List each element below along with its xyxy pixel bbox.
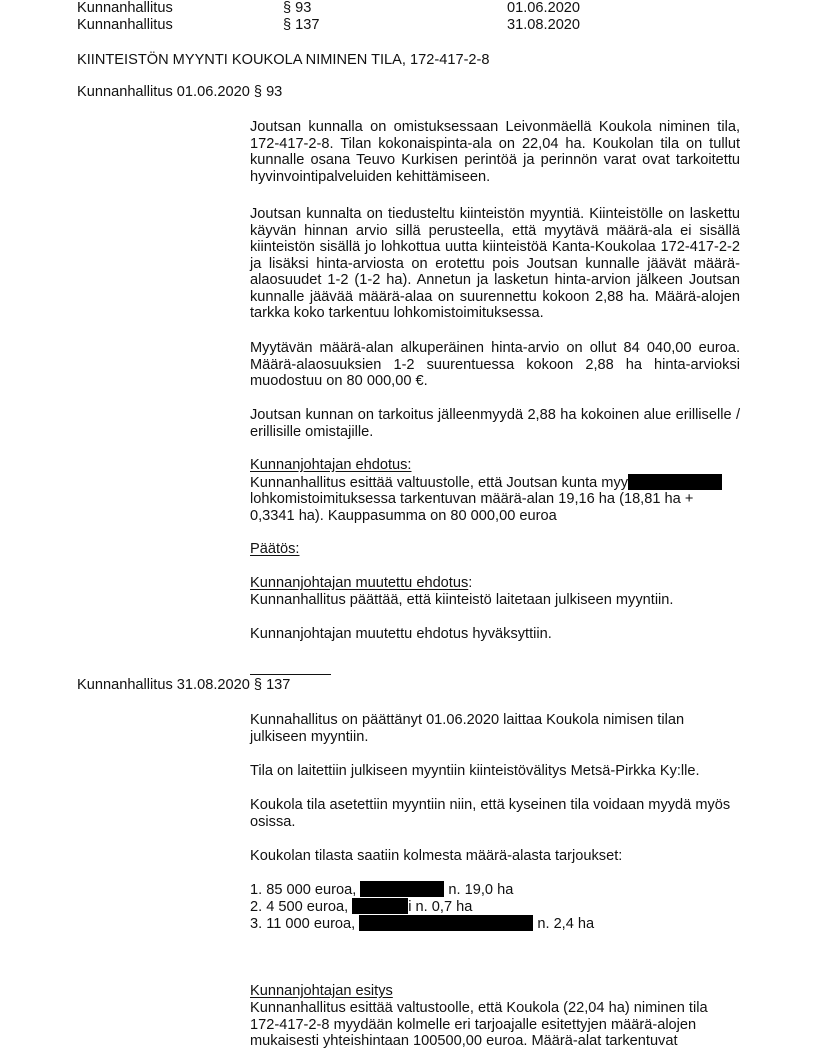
offer-price: 2. 4 500 euroa, — [250, 899, 348, 915]
offer-item-1: 1. 85 000 euroa, n. 19,0 ha — [250, 881, 513, 899]
meeting2-paragraph-1: Kunnahallitus on päättänyt 01.06.2020 la… — [250, 712, 720, 745]
meeting1-paragraph-2: Joutsan kunnalta on tiedusteltu kiinteis… — [250, 206, 740, 322]
header-row-section-1: § 93 — [283, 0, 311, 17]
offer-area: n. 19,0 ha — [448, 882, 513, 898]
meeting1-proposal-line1: Kunnanhallitus esittää valtuustolle, ett… — [250, 475, 628, 491]
header-row-body-1: Kunnanhallitus — [77, 0, 173, 17]
redaction-box — [352, 898, 408, 914]
amended-proposal-heading-row: Kunnanjohtajan muutettu ehdotus: — [250, 575, 472, 592]
meeting1-proposal-rest: lohkomistoimituksessa tarkentuvan määrä-… — [250, 491, 710, 524]
meeting1-heading: Kunnanhallitus 01.06.2020 § 93 — [77, 84, 282, 101]
redaction-box — [359, 915, 533, 931]
meeting2-proposal-text: Kunnanhallitus esittää valtustoolle, ett… — [250, 1000, 730, 1050]
amended-proposal-accepted: Kunnanjohtajan muutettu ehdotus hyväksyt… — [250, 626, 552, 643]
redaction-box — [628, 474, 722, 490]
meeting2-paragraph-4: Koukolan tilasta saatiin kolmesta määrä-… — [250, 848, 740, 865]
document-title: KIINTEISTÖN MYYNTI KOUKOLA NIMINEN TILA,… — [77, 52, 490, 69]
header-row-date-2: 31.08.2020 — [507, 17, 580, 34]
section-separator — [250, 674, 331, 675]
offer-item-2: 2. 4 500 euroa, i n. 0,7 ha — [250, 898, 472, 916]
amended-proposal-colon: : — [468, 575, 472, 591]
header-row-body-2: Kunnanhallitus — [77, 17, 173, 34]
header-row-date-1: 01.06.2020 — [507, 0, 580, 17]
meeting2-paragraph-3: Koukola tila asetettiin myyntiin niin, e… — [250, 797, 750, 830]
offer-area: i n. 0,7 ha — [408, 899, 472, 915]
amended-proposal-heading: Kunnanjohtajan muutettu ehdotus — [250, 575, 468, 591]
redaction-box — [360, 881, 444, 897]
meeting1-proposal-heading: Kunnanjohtajan ehdotus: — [250, 457, 411, 474]
meeting2-paragraph-2: Tila on laitettiin julkiseen myyntiin ki… — [250, 763, 740, 780]
meeting1-paragraph-3: Myytävän määrä-alan alkuperäinen hinta-a… — [250, 340, 740, 390]
header-row-section-2: § 137 — [283, 17, 320, 34]
offer-price: 3. 11 000 euroa, — [250, 916, 355, 932]
decision-heading: Päätös: — [250, 541, 300, 558]
meeting2-heading: Kunnanhallitus 31.08.2020 § 137 — [77, 677, 290, 694]
amended-proposal-text: Kunnanhallitus päättää, että kiinteistö … — [250, 592, 673, 609]
meeting1-paragraph-4: Joutsan kunnan on tarkoitus jälleenmyydä… — [250, 407, 740, 440]
meeting2-proposal-heading: Kunnanjohtajan esitys — [250, 983, 393, 1000]
offer-price: 1. 85 000 euroa, — [250, 882, 356, 898]
meeting1-proposal-section: Kunnanjohtajan ehdotus: Kunnanhallitus e… — [250, 457, 740, 524]
offer-area: n. 2,4 ha — [537, 916, 594, 932]
offer-item-3: 3. 11 000 euroa, n. 2,4 ha — [250, 915, 594, 933]
meeting1-paragraph-1: Joutsan kunnalla on omistuksessaan Leivo… — [250, 119, 740, 185]
